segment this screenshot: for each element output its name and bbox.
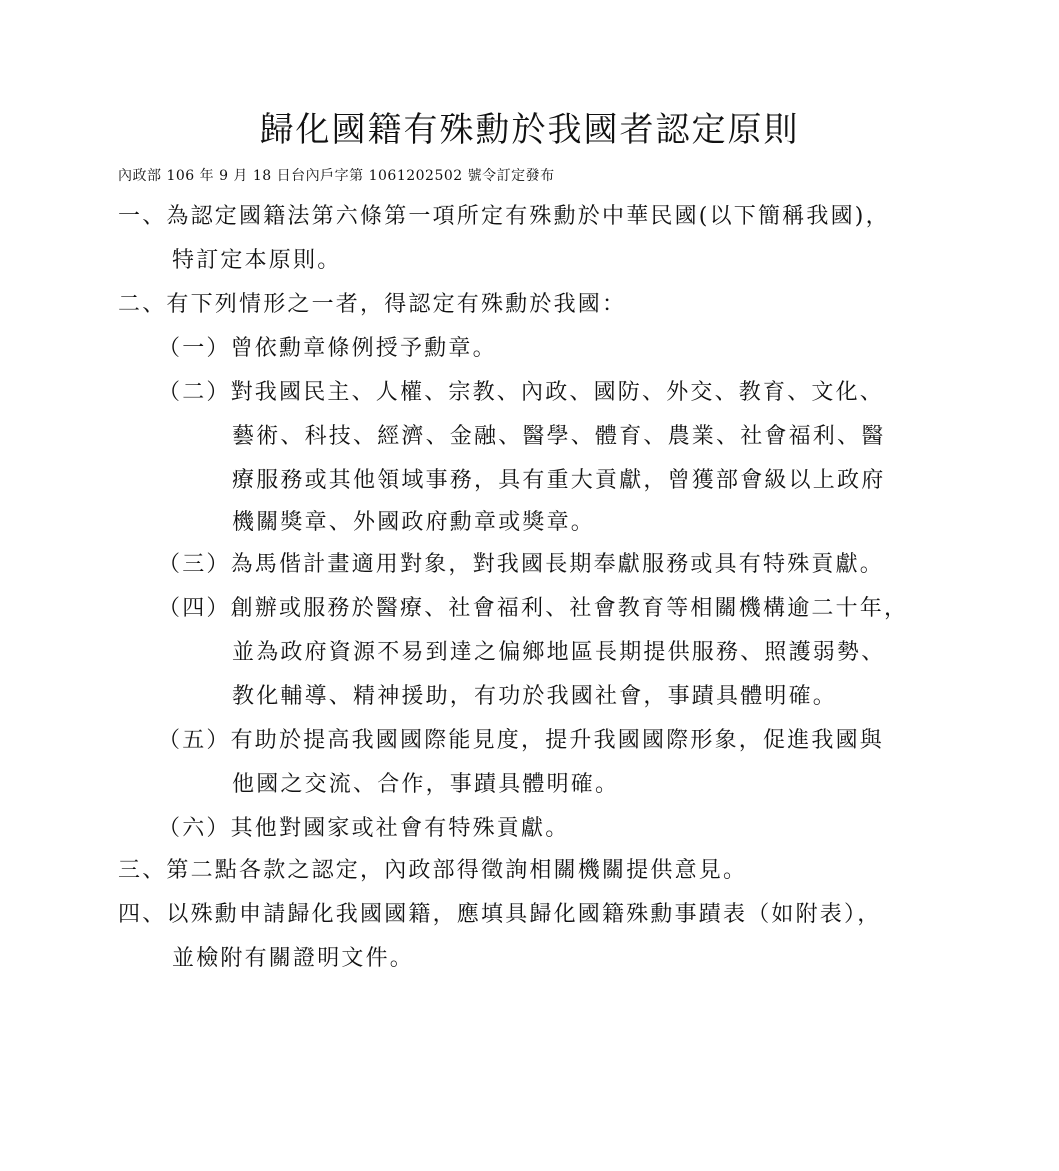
- item-1-line-1: （一）曾依勳章條例授予勳章。: [158, 334, 497, 364]
- article-2-line-1: 二、有下列情形之一者，得認定有殊勳於我國：: [118, 290, 626, 320]
- article-4-line-2: 並檢附有關證明文件。: [172, 944, 414, 974]
- article-1-line-1: 一、為認定國籍法第六條第一項所定有殊勳於中華民國(以下簡稱我國)，: [118, 202, 890, 232]
- document-title: 歸化國籍有殊勳於我國者認定原則: [0, 108, 1059, 152]
- item-5-line-2: 他國之交流、合作，事蹟具體明確。: [232, 770, 619, 800]
- item-2-line-2: 藝術、科技、經濟、金融、醫學、體育、農業、社會福利、醫: [232, 422, 885, 452]
- item-4-line-3: 教化輔導、精神援助，有功於我國社會，事蹟具體明確。: [232, 682, 837, 712]
- item-2-line-4: 機關獎章、外國政府勳章或獎章。: [232, 508, 595, 538]
- article-3-line-1: 三、第二點各款之認定，內政部得徵詢相關機關提供意見。: [118, 856, 747, 886]
- issuance-note: 內政部 106 年 9 月 18 日台內戶字第 1061202502 號令訂定發…: [118, 166, 555, 186]
- item-3-line-1: （三）為馬偕計畫適用對象，對我國長期奉獻服務或具有特殊貢獻。: [158, 550, 884, 580]
- item-2-line-3: 療服務或其他領域事務，具有重大貢獻，曾獲部會級以上政府: [232, 466, 885, 496]
- item-2-line-1: （二）對我國民主、人權、宗教、內政、國防、外交、教育、文化、: [158, 378, 884, 408]
- item-4-line-2: 並為政府資源不易到達之偏鄉地區長期提供服務、照護弱勢、: [232, 638, 885, 668]
- article-4-line-1: 四、以殊勳申請歸化我國國籍，應填具歸化國籍殊勳事蹟表（如附表），: [118, 900, 881, 930]
- item-6-line-1: （六）其他對國家或社會有特殊貢獻。: [158, 814, 569, 844]
- item-5-line-1: （五）有助於提高我國國際能見度，提升我國國際形象，促進我國與: [158, 726, 884, 756]
- article-1-line-2: 特訂定本原則。: [172, 246, 341, 276]
- item-4-line-1: （四）創辦或服務於醫療、社會福利、社會教育等相關機構逾二十年，: [158, 594, 908, 624]
